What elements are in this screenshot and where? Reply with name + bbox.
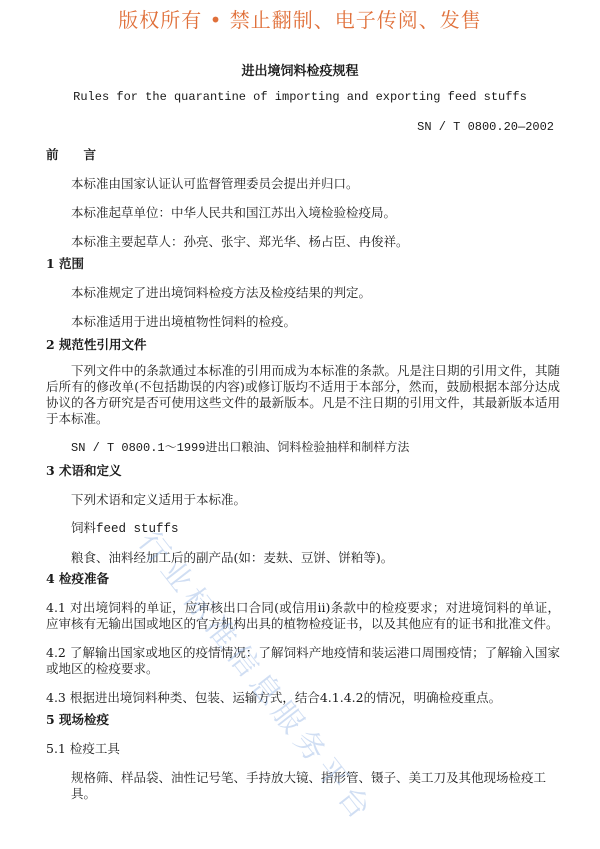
subsection-heading: 5.1 检疫工具 bbox=[46, 741, 560, 757]
section-line: 下列术语和定义适用于本标准。 bbox=[46, 492, 560, 508]
section-paragraph: 下列文件中的条款通过本标准的引用而成为本标准的条款。凡是注日期的引用文件，其随后… bbox=[46, 363, 560, 427]
reference-item: SN / T 0800.1～1999进出口粮油、饲料检验抽样和制样方法 bbox=[46, 440, 560, 456]
foreword-line: 本标准由国家认证认可监督管理委员会提出并归口。 bbox=[46, 176, 560, 192]
foreword-line: 本标准起草单位：中华人民共和国江苏出入境检验检疫局。 bbox=[46, 205, 560, 221]
section-line: 本标准规定了进出境饲料检疫方法及检疫结果的判定。 bbox=[46, 285, 560, 301]
document-subtitle: Rules for the quarantine of importing an… bbox=[0, 90, 600, 104]
term-entry: 饲料feed stuffs bbox=[46, 521, 560, 537]
document-number: SN / T 0800.20—2002 bbox=[417, 120, 554, 134]
foreword-line: 本标准主要起草人：孙亮、张宇、郑光华、杨占臣、冉俊祥。 bbox=[46, 234, 560, 250]
section-field-quarantine: 5 现场检疫 5.1 检疫工具 规格筛、样品袋、油性记号笔、手持放大镜、指形管、… bbox=[46, 712, 560, 802]
clause-4-1: 4.1 对出境饲料的单证，应审核出口合同(或信用ii)条款中的检疫要求；对进境饲… bbox=[46, 600, 560, 632]
section-heading: 4 检疫准备 bbox=[46, 571, 560, 587]
foreword-section: 前 言 本标准由国家认证认可监督管理委员会提出并归口。 本标准起草单位：中华人民… bbox=[46, 147, 560, 250]
copyright-banner: 版权所有 • 禁止翻制、电子传阅、发售 bbox=[0, 4, 600, 33]
section-terms: 3 术语和定义 下列术语和定义适用于本标准。 饲料feed stuffs 粮食、… bbox=[46, 463, 560, 566]
section-heading: 2 规范性引用文件 bbox=[46, 337, 560, 353]
section-scope: 1 范围 本标准规定了进出境饲料检疫方法及检疫结果的判定。 本标准适用于进出境植… bbox=[46, 256, 560, 330]
clause-4-2: 4.2 了解输出国家或地区的疫情情况：了解饲料产地疫情和装运港口周围疫情；了解输… bbox=[46, 645, 560, 677]
document-title: 进出境饲料检疫规程 bbox=[0, 60, 600, 79]
section-normative-references: 2 规范性引用文件 下列文件中的条款通过本标准的引用而成为本标准的条款。凡是注日… bbox=[46, 337, 560, 456]
clause-4-3: 4.3 根据进出境饲料种类、包装、运输方式，结合4.1.4.2的情况，明确检疫重… bbox=[46, 690, 560, 706]
section-line: 本标准适用于进出境植物性饲料的检疫。 bbox=[46, 314, 560, 330]
section-heading: 3 术语和定义 bbox=[46, 463, 560, 479]
section-heading: 5 现场检疫 bbox=[46, 712, 560, 728]
section-preparation: 4 检疫准备 4.1 对出境饲料的单证，应审核出口合同(或信用ii)条款中的检疫… bbox=[46, 571, 560, 706]
foreword-heading: 前 言 bbox=[46, 147, 560, 163]
term-definition: 粮食、油料经加工后的副产品(如：麦麸、豆饼、饼粕等)。 bbox=[46, 550, 560, 566]
tools-list: 规格筛、样品袋、油性记号笔、手持放大镜、指形管、镊子、美工刀及其他现场检疫工具。 bbox=[46, 770, 560, 802]
section-heading: 1 范围 bbox=[46, 256, 560, 272]
